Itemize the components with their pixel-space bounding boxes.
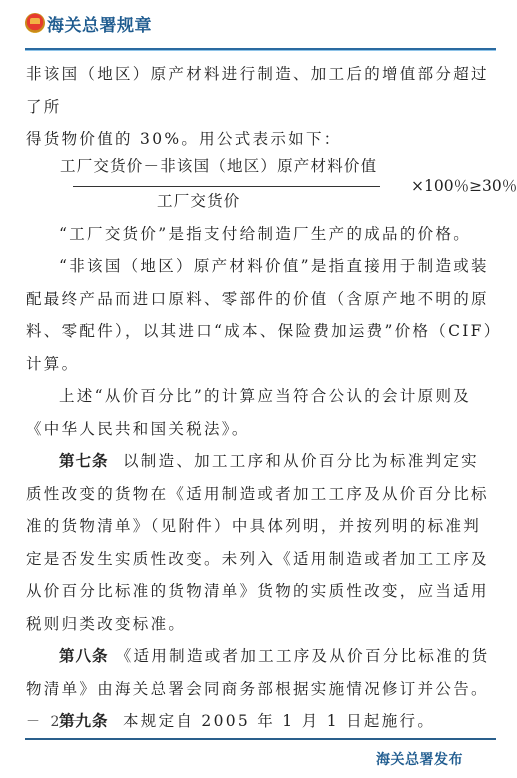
article-8-label: 第八条: [59, 647, 109, 665]
intro-line-1: 非该国（地区）原产材料进行制造、加工后的增值部分超过了所: [26, 58, 496, 123]
page-header: 海关总署规章: [25, 10, 152, 36]
document-body: 非该国（地区）原产材料进行制造、加工后的增值部分超过了所 得货物价值的 30%。…: [26, 58, 496, 738]
paragraph-nonorigin-definition: “非该国（地区）原产材料价值”是指直接用于制造或装配最终产品而进口原料、零部件的…: [26, 250, 496, 380]
paragraph-exw-definition: “工厂交货价”是指支付给制造厂生产的成品的价格。: [26, 218, 496, 251]
formula: 工厂交货价－非该国（地区）原产材料价值 ×100％≥30％ 工厂交货价: [26, 152, 496, 218]
paragraph-calculation: 上述“从价百分比”的计算应当符合公认的会计原则及《中华人民共和国关税法》。: [26, 380, 496, 445]
formula-suffix: ×100％≥30％: [411, 170, 517, 203]
article-8: 第八条 《适用制造或者加工工序及从价百分比标准的货物清单》由海关总署会同商务部根…: [26, 640, 496, 705]
article-9-text: 本规定自 2005 年 1 月 1 日起施行。: [123, 712, 435, 730]
article-7: 第七条 以制造、加工工序和从价百分比为标准判定实质性改变的货物在《适用制造或者加…: [26, 445, 496, 640]
site-title: 海关总署规章: [47, 11, 152, 36]
page-number: － 2 －: [26, 711, 87, 731]
header-divider: [25, 48, 496, 51]
national-emblem-icon: [25, 13, 45, 33]
article-9: 第九条 本规定自 2005 年 1 月 1 日起施行。: [26, 705, 496, 738]
article-7-text: 以制造、加工工序和从价百分比为标准判定实质性改变的货物在《适用制造或者加工工序及…: [26, 452, 489, 633]
publisher-label: 海关总署发布: [376, 749, 463, 769]
formula-denominator: 工厂交货价: [157, 185, 241, 218]
article-7-label: 第七条: [59, 452, 109, 470]
formula-numerator: 工厂交货价－非该国（地区）原产材料价值: [60, 150, 377, 183]
footer-divider: [25, 738, 496, 740]
